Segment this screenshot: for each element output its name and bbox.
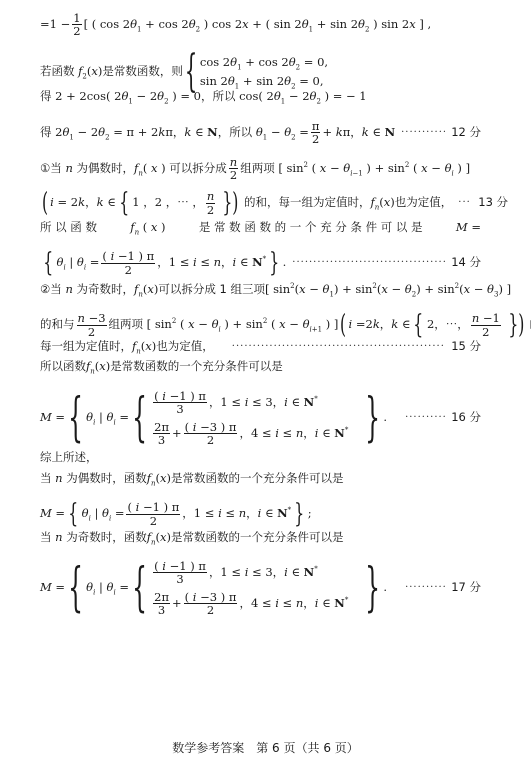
summary-heading: 综上所述， — [40, 452, 481, 464]
score-label: 12 分 — [451, 127, 481, 139]
conclusion-line-even: 所 以 函 数 fn ( x ) 是 常 数 函 数 的 一 个 充 分 条 件… — [40, 222, 481, 234]
document-page: =1 − 12 [ ( cos 2θ1 + cos 2θ2 ) cos 2x +… — [0, 0, 531, 761]
set-m-even: { θi | θi = ( i −1 ) π2 ，1 ≤ i ≤ n，i ∈ N… — [40, 250, 481, 276]
equation-line-4: 得 2θ1 − 2θ2 = π + 2kπ，k ∈ N， 所以 θ1 − θ2 … — [40, 120, 481, 145]
condition-system-line: 若函数 f2(x) 是常数函数，则 { cos 2θ1 + cos 2θ2 = … — [40, 50, 481, 94]
set-m-odd: M = { θi | θi = { ( i −1 ) π3 ，1 ≤ i ≤ 3… — [40, 390, 481, 446]
summary-even: 当 n 为偶数时，函数 fn(x) 是常数函数的一个充分条件可以是 — [40, 473, 481, 485]
summary-set-even: M = { θi | θi = ( i −1 ) π2 ，1 ≤ i ≤ n，i… — [40, 501, 481, 527]
conclusion-line-odd: 所以函数 fn(x) 是常数函数的一个充分条件可以是 — [40, 361, 481, 373]
page-footer: 数学参考答案 第 6 页（共 6 页） — [0, 739, 531, 756]
summary-set-odd: M = { θi | θi = { ( i −1 ) π3 ，1 ≤ i ≤ 3… — [40, 560, 481, 616]
odd-case-line-2: 的和与 n −32 组两项 [ sin2 ( x − θi ) + sin2 (… — [40, 312, 481, 338]
equation-line-1: =1 − 12 [ ( cos 2θ1 + cos 2θ2 ) cos 2x +… — [40, 12, 481, 37]
leader-dots: ········································… — [401, 128, 445, 138]
even-case-line: ①当 n 为偶数时， fn( x ) 可以拆分成 n2 组两项 [ sin2 (… — [40, 156, 481, 181]
odd-case-line-3: 每一组为定值时， fn(x) 也为定值， ···················… — [40, 341, 481, 353]
summary-odd: 当 n 为奇数时，函数 fn(x) 是常数函数的一个充分条件可以是 — [40, 532, 481, 544]
odd-case-line: ②当 n 为奇数时， fn(x) 可以拆分成 1 组三项 [ sin2(x − … — [40, 284, 481, 296]
even-case-line-2: ( i = 2k，k ∈ { 1 ，2 ，⋯ ， n2 }) 的和，每一组为定值… — [40, 190, 481, 216]
equation-line-3: 得 2 + 2cos( 2θ1 − 2θ2 ) = 0， 所以 cos( 2θ1… — [40, 91, 481, 103]
